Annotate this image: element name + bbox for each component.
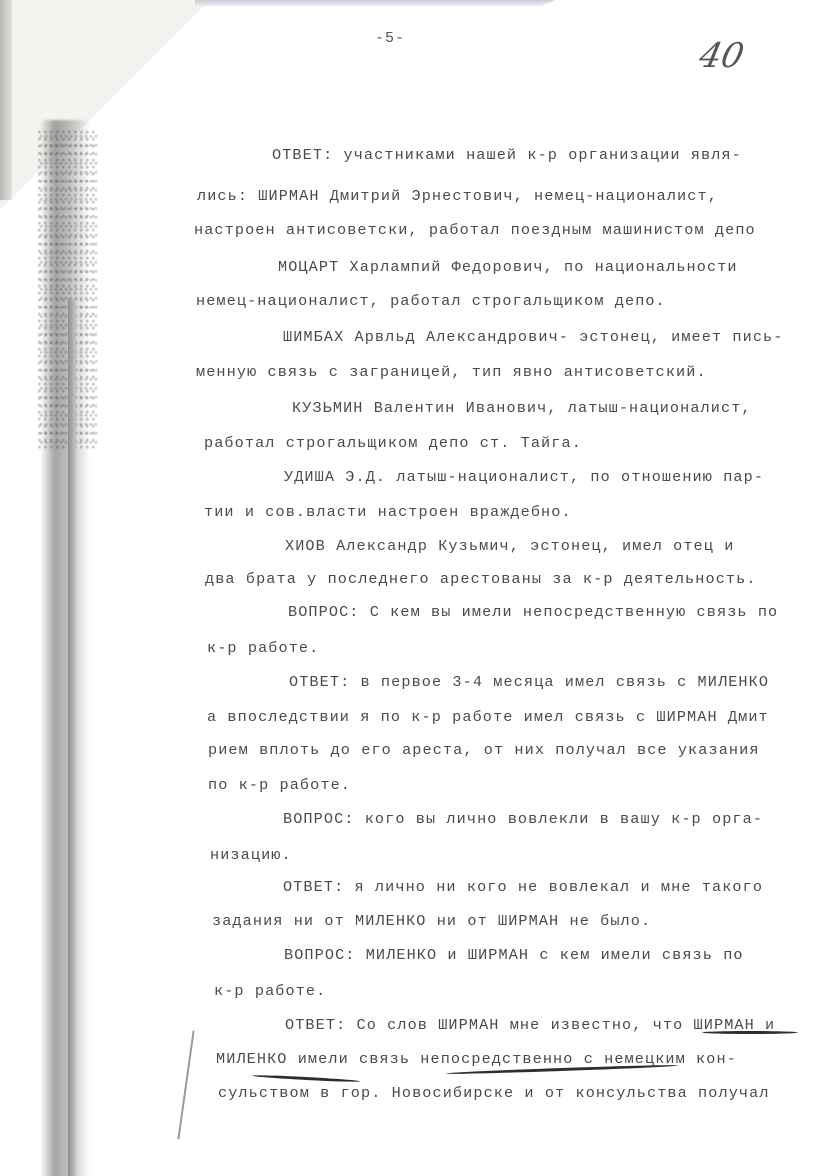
page-number: -5-	[375, 30, 405, 47]
text-line: два брата у последнего арестованы за к-р…	[205, 570, 757, 588]
backing-sheet	[0, 0, 210, 210]
text-line: лись: ШИРМАН Дмитрий Эрнестович, немец-н…	[197, 187, 718, 205]
text-line: к-р работе.	[207, 639, 319, 657]
text-line: рием вплоть до его ареста, от них получа…	[208, 741, 760, 759]
text-line: задания ни от МИЛЕНКО ни от ШИРМАН не бы…	[212, 912, 651, 930]
text-line: сульством в гор. Новосибирске и от консу…	[218, 1084, 770, 1102]
margin-pencil-mark	[177, 1030, 194, 1139]
text-line: работал строгальщиком депо ст. Тайга.	[204, 434, 582, 452]
text-line: ВОПРОС: МИЛЕНКО и ШИРМАН с кем имели свя…	[284, 946, 744, 964]
text-line: УДИША Э.Д. латыш-националист, по отношен…	[284, 468, 764, 486]
handwritten-folio-number: 40	[696, 36, 748, 76]
text-line: ОТВЕТ: участниками нашей к-р организации…	[272, 146, 742, 164]
text-line: ХИОВ Александр Кузьмич, эстонец, имел от…	[285, 537, 734, 555]
handwritten-underline	[702, 1031, 798, 1034]
top-edge-shadow	[195, 0, 555, 6]
text-line: настроен антисоветски, работал поездным …	[194, 221, 756, 239]
text-line: а впоследствии я по к-р работе имел связ…	[207, 708, 769, 726]
text-line: тии и сов.власти настроен враждебно.	[204, 503, 572, 521]
scanned-page: -5- 40 ОТВЕТ: участниками нашей к-р орга…	[0, 0, 840, 1176]
text-line: ШИМБАХ Арвльд Александрович- эстонец, им…	[283, 328, 784, 346]
text-line: ВОПРОС: кого вы лично вовлекли в вашу к-…	[283, 810, 763, 828]
text-line: МОЦАРТ Харлампий Федорович, по националь…	[278, 258, 738, 276]
text-line: к-р работе.	[214, 982, 326, 1000]
backing-sheet-edge-shadow	[0, 0, 12, 200]
handwritten-underline	[252, 1074, 360, 1083]
text-line: ВОПРОС: С кем вы имели непосредственную …	[288, 603, 778, 621]
binding-edge	[68, 300, 76, 1176]
text-line: низацию.	[210, 846, 292, 864]
text-line: ОТВЕТ: я лично ни кого не вовлекал и мне…	[283, 878, 763, 896]
text-line: по к-р работе.	[208, 776, 351, 794]
text-line: КУЗЬМИН Валентин Иванович, латыш-национа…	[292, 399, 752, 417]
text-line: ОТВЕТ: в первое 3-4 месяца имел связь с …	[289, 673, 769, 691]
text-line: менную связь с заграницей, тип явно анти…	[196, 363, 707, 381]
text-line: немец-националист, работал строгальщиком…	[196, 292, 666, 310]
